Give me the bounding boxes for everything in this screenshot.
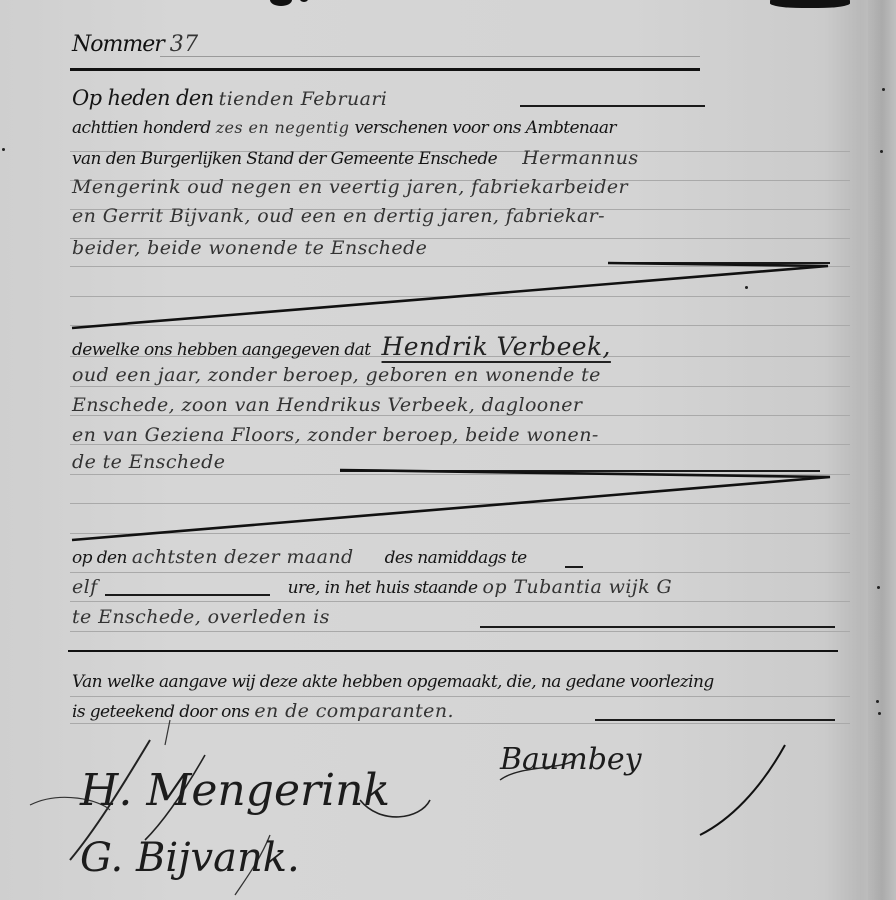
- margin-speck: [880, 150, 883, 153]
- printed-text: ure, in het huis staande: [288, 578, 478, 598]
- text-line-15: Van welke aangave wij deze akte hebben o…: [72, 672, 714, 692]
- text-line-2: achttien honderd zes en negentig versche…: [72, 118, 616, 138]
- text-line-5: en Gerrit Bijvank, oud een en dertig jar…: [72, 205, 605, 227]
- scanned-document-page: Nommer 37 Op heden den tienden Februari …: [0, 0, 896, 900]
- handwritten-text: en de comparanten.: [254, 700, 454, 722]
- record-number: Nommer 37: [72, 32, 199, 57]
- margin-speck: [882, 88, 885, 91]
- printed-text: verschenen voor ons Ambtenaar: [354, 118, 615, 138]
- handwritten-time: elf: [72, 576, 98, 598]
- handwritten-address: op Tubantia wijk G: [483, 576, 673, 598]
- number-value: 37: [170, 32, 199, 57]
- text-line-1: Op heden den tienden Februari: [72, 86, 387, 110]
- text-line-7: dewelke ons hebben aangegeven dat Hendri…: [72, 332, 611, 361]
- printed-text: achttien honderd: [72, 118, 211, 138]
- text-line-13: elf ure, in het huis staande op Tubantia…: [72, 576, 672, 598]
- printed-text: dewelke ons hebben aangegeven dat: [72, 340, 370, 360]
- signature-g-bijvank: G. Bijvank.: [80, 835, 300, 881]
- text-line-8: oud een jaar, zonder beroep, geboren en …: [72, 364, 601, 386]
- text-line-10: en van Geziena Floors, zonder beroep, be…: [72, 424, 599, 446]
- text-line-12: op den achtsten dezer maand des namiddag…: [72, 546, 527, 568]
- text-line-11: de te Enschede: [72, 451, 225, 473]
- printed-text: van den Burgerlijken Stand der Gemeente …: [72, 149, 497, 169]
- printed-text: op den: [72, 548, 127, 568]
- text-line-4: Mengerink oud negen en veertig jaren, fa…: [72, 176, 628, 198]
- handwritten-text: Hermannus: [522, 147, 638, 169]
- margin-speck: [2, 148, 5, 151]
- text-line-9: Enschede, zoon van Hendrikus Verbeek, da…: [72, 394, 582, 416]
- text-line-16: is geteekend door ons en de comparanten.: [72, 700, 454, 722]
- text-line-6: beider, beide wonende te Enschede: [72, 237, 427, 259]
- printed-text: des namiddags te: [385, 548, 527, 568]
- signature-h-mengerink: H. Mengerink: [80, 765, 390, 816]
- handwritten-date: achtsten dezer maand: [132, 546, 354, 568]
- number-label: Nommer: [72, 32, 164, 57]
- margin-speck: [876, 700, 879, 703]
- margin-speck: [878, 712, 881, 715]
- text-line-14: te Enschede, overleden is: [72, 606, 330, 628]
- margin-speck: [877, 586, 880, 589]
- handwritten-year: zes en negentig: [216, 118, 350, 137]
- handwritten-date: tienden Februari: [219, 88, 388, 110]
- signature-official: Baumbey: [500, 742, 642, 777]
- margin-speck: [745, 286, 748, 289]
- deceased-name: Hendrik Verbeek,: [382, 332, 611, 361]
- printed-text: Op heden den: [72, 86, 214, 110]
- printed-text: is geteekend door ons: [72, 702, 249, 722]
- text-line-3: van den Burgerlijken Stand der Gemeente …: [72, 147, 639, 169]
